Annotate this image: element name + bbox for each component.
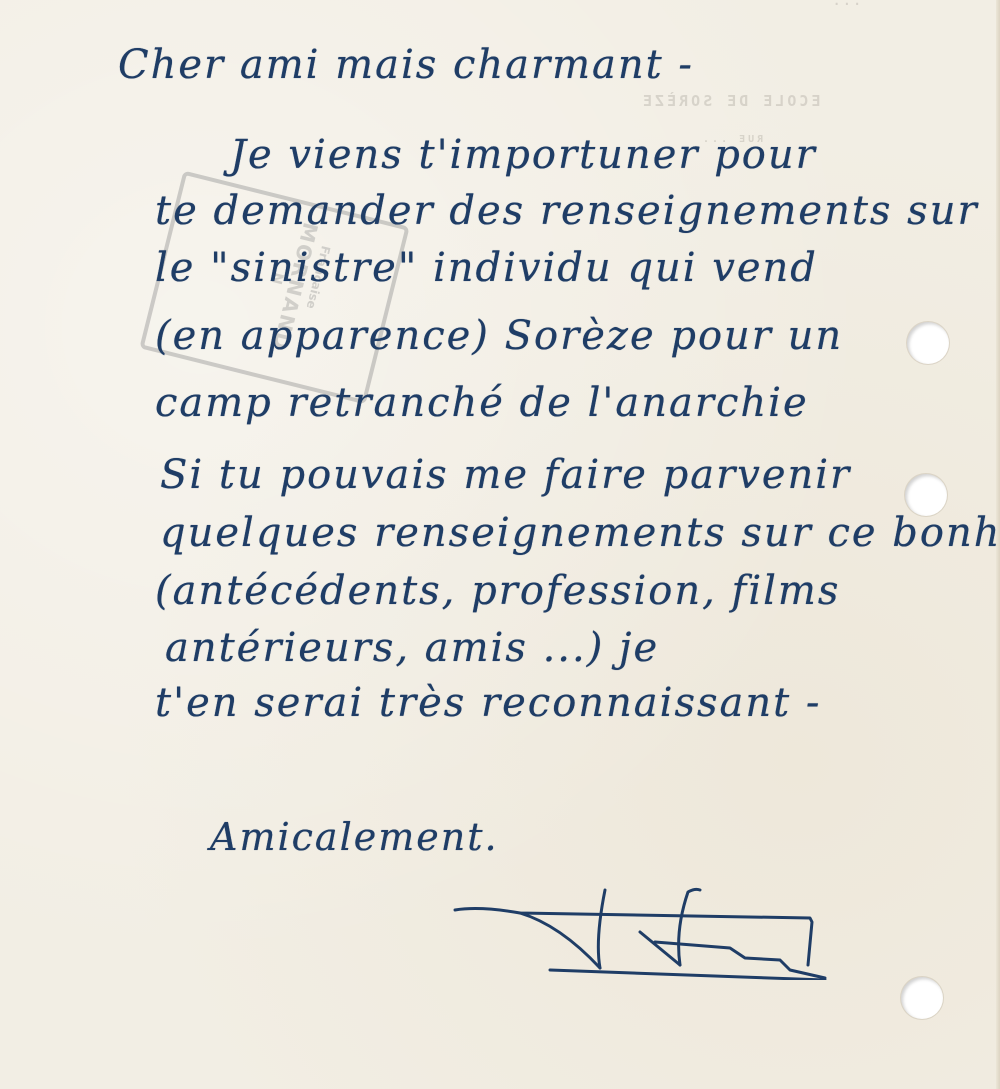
closing: Amicalement. (210, 815, 499, 859)
signature (450, 880, 840, 980)
punch-hole (901, 977, 943, 1019)
body-line: (en apparence) Sorèze pour un (155, 313, 843, 359)
body-line: Si tu pouvais me faire parvenir (160, 452, 851, 498)
body-line: camp retranché de l'anarchie (155, 380, 809, 426)
punch-hole (907, 322, 949, 364)
show-through-top: ... (830, 0, 861, 8)
show-through-letterhead: ECOLE DE SORÈZE (640, 92, 820, 110)
body-line: t'en serai très reconnaissant - (155, 680, 821, 726)
body-line: le "sinistre" individu qui vend (155, 245, 818, 291)
body-line: Je viens t'importuner pour (230, 132, 817, 178)
body-line: antérieurs, amis ...) je (165, 625, 659, 671)
body-line: te demander des renseignements sur (155, 188, 979, 234)
body-line: quelques renseignements sur ce bonhomme (160, 510, 1000, 556)
body-line: (antécédents, profession, films (155, 568, 840, 614)
letter-page: ECOLE DE SORÈZE RUE ... ... Française MO… (0, 0, 1000, 1089)
salutation: Cher ami mais charmant - (118, 42, 694, 88)
